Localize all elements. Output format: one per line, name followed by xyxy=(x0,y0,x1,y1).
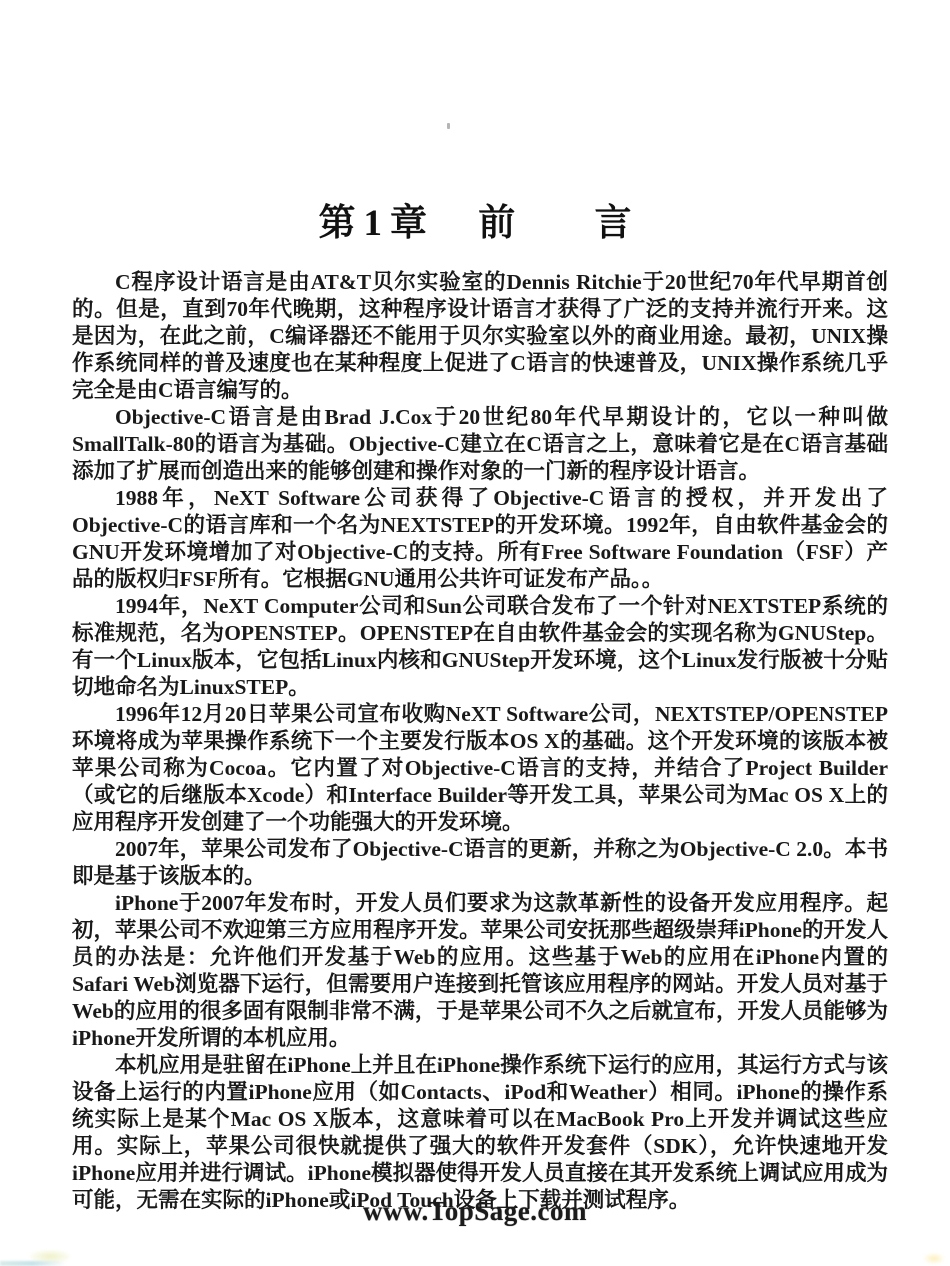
paragraph-apple-1996: 1996年12月20日苹果公司宣布收购NeXT Software公司，NEXTS… xyxy=(72,701,888,836)
chapter-title-word-1: 前 xyxy=(478,203,515,244)
paragraph-objc2-2007: 2007年，苹果公司发布了Objective-C语言的更新，并称之为Object… xyxy=(72,836,888,890)
scanned-book-page: 第1章 前 言 C程序设计语言是由AT&T贝尔实验室的Dennis Ritchi… xyxy=(0,0,950,1266)
footer-watermark: www.TopSage.com xyxy=(0,1196,950,1227)
scan-smudge-bottom-right xyxy=(924,1253,944,1264)
paragraph-objc-origin: Objective-C语言是由Brad J.Cox于20世纪80年代早期设计的，… xyxy=(72,404,888,485)
scan-smudge-bottom-left-teal xyxy=(0,1261,66,1266)
paragraph-iphone-2007: iPhone于2007年发布时，开发人员们要求为这款革新性的设备开发应用程序。起… xyxy=(72,890,888,1052)
paragraph-c-history: C程序设计语言是由AT&T贝尔实验室的Dennis Ritchie于20世纪70… xyxy=(72,269,888,404)
paragraph-openstep-1994: 1994年，NeXT Computer公司和Sun公司联合发布了一个针对NEXT… xyxy=(72,593,888,701)
chapter-title: 第1章 前 言 xyxy=(0,192,950,246)
paragraph-next-1988: 1988年，NeXT Software公司获得了Objective-C语言的授权… xyxy=(72,485,888,593)
chapter-number: 第1章 xyxy=(319,203,436,244)
chapter-title-word-2: 言 xyxy=(595,203,632,244)
scan-speck xyxy=(447,123,450,129)
paragraph-native-apps: 本机应用是驻留在iPhone上并且在iPhone操作系统下运行的应用，其运行方式… xyxy=(72,1052,888,1214)
body-text: C程序设计语言是由AT&T贝尔实验室的Dennis Ritchie于20世纪70… xyxy=(72,269,888,1214)
